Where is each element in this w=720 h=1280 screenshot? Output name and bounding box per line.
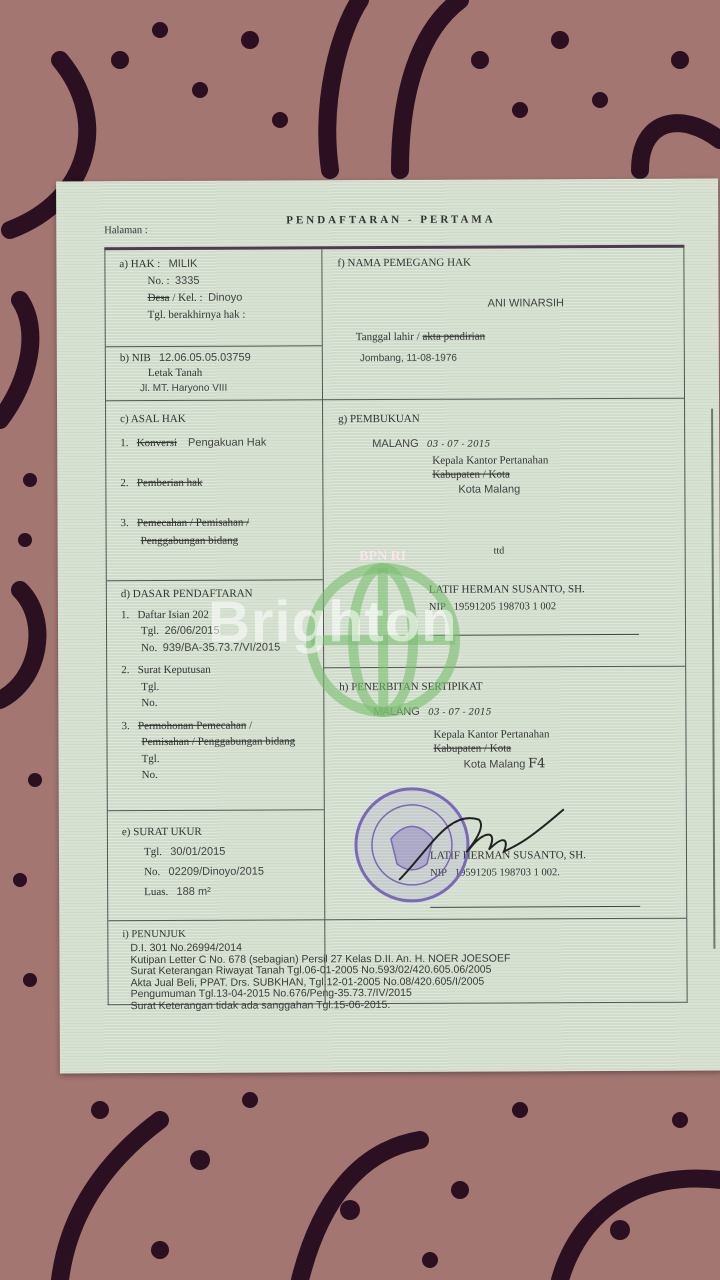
- nip-value: 19591205 198703 1 002: [454, 601, 556, 612]
- section-g-heading: g) PEMBUKUAN: [338, 410, 678, 428]
- penunjuk-list: D.I. 301 No.26994/2014 Kutipan Letter C …: [122, 941, 682, 1012]
- pemecahan-struck: Pemecahan / Pemisahan /: [137, 517, 249, 529]
- tgl-label: Tgl.: [121, 678, 295, 695]
- item-number: 1.: [121, 609, 129, 621]
- location-value: Jl. MT. Haryono VIII: [120, 380, 251, 398]
- pemisahan-struck: Pemisahan / Penggabungan bidang: [121, 733, 295, 750]
- tgl-label: Tgl.: [122, 750, 296, 767]
- penunjuk-line: Surat Keterangan tidak ada sanggahan Tgl…: [131, 998, 683, 1012]
- handwritten-date: 03 - 07 - 2015: [427, 440, 490, 450]
- desa-struck: Desa: [148, 292, 170, 304]
- section-e-heading: e) SURAT UKUR: [122, 822, 264, 843]
- birth-label: Tanggal lahir /: [356, 331, 420, 343]
- office-city: Kota Malang: [464, 758, 526, 770]
- kabupaten-struck: Kabupaten / Kota: [338, 467, 678, 482]
- handwritten-initial: F4: [528, 756, 545, 771]
- permohonan-struck: Permohonan Pemecahan: [138, 719, 246, 731]
- item-number: 2.: [120, 477, 128, 489]
- no-label: No.: [144, 866, 160, 878]
- no-label: No.: [141, 642, 157, 654]
- official-name: LATIF HERMAN SUSANTO, SH.: [339, 581, 679, 599]
- holder-name: ANI WINARSIH: [338, 295, 678, 313]
- kelurahan-value: Dinoyo: [208, 292, 242, 304]
- penggabungan-struck: Penggabungan bidang: [121, 532, 267, 551]
- section-c-heading: c) ASAL HAK: [120, 410, 266, 429]
- section-f-heading: f) NAMA PEMEGANG HAK: [337, 254, 677, 272]
- item-number: 3.: [121, 720, 129, 732]
- nip-value: 19591205 198703 1 002.: [455, 867, 560, 878]
- item-number: 3.: [121, 517, 129, 529]
- divider: [108, 918, 686, 922]
- tgl-label: Tgl.: [141, 625, 159, 637]
- item-number: 2.: [121, 664, 129, 676]
- section-g-pembukuan: g) PEMBUKUAN MALANG 03 - 07 - 2015 Kepal…: [338, 410, 679, 616]
- city: MALANG: [373, 706, 420, 718]
- section-f-holder: f) NAMA PEMEGANG HAK ANI WINARSIH Tangga…: [337, 254, 677, 367]
- section-a-hak: a) HAK : MILIK No. : 3335 Desa / Kel. : …: [119, 256, 245, 325]
- office-title: Kepala Kantor Pertanahan: [339, 727, 679, 742]
- daftar-isian-date: 26/06/2015: [165, 625, 220, 637]
- divider: [108, 809, 324, 811]
- location-label: Letak Tanah: [120, 367, 251, 381]
- registration-form-frame: a) HAK : MILIK No. : 3335 Desa / Kel. : …: [104, 245, 687, 1006]
- tgl-label: Tgl.: [144, 846, 162, 858]
- section-d-heading: d) DASAR PENDAFTARAN: [121, 585, 295, 602]
- surat-ukur-date: 30/01/2015: [170, 846, 225, 858]
- nib-value: 12.06.05.05.03759: [159, 352, 251, 364]
- section-e-surat-ukur: e) SURAT UKUR Tgl. 30/01/2015 No. 02209/…: [122, 822, 264, 903]
- section-d-dasar-pendaftaran: d) DASAR PENDAFTARAN 1. Daftar Isian 202…: [121, 585, 296, 783]
- divider: [106, 399, 322, 401]
- column-divider: [321, 249, 325, 1003]
- land-certificate-page: PENDAFTARAN - PERTAMA Halaman : a) HAK :…: [56, 179, 720, 1074]
- page-number-label: Halaman :: [104, 225, 148, 236]
- section-i-penunjuk: i) PENUNJUK D.I. 301 No.26994/2014 Kutip…: [122, 924, 682, 1012]
- section-h-heading: h) PENERBITAN SERTIPIKAT: [339, 678, 679, 696]
- daftar-isian-label: Daftar Isian 202: [137, 608, 209, 620]
- pemberian-hak-struck: Pemberian hak: [137, 477, 203, 489]
- slash: /: [249, 719, 252, 731]
- section-a-heading: a) HAK :: [119, 258, 160, 270]
- no-label: No.: [122, 766, 296, 783]
- divider: [107, 579, 323, 581]
- page-fold-edge: [711, 409, 715, 949]
- page-title: PENDAFTARAN - PERTAMA: [286, 214, 496, 227]
- kabupaten-struck: Kabupaten / Kota: [340, 741, 680, 756]
- birth-place-date: Jombang, 11-08-1976: [338, 349, 678, 367]
- divider: [322, 398, 684, 401]
- item-number: 1.: [120, 437, 128, 449]
- konversi-struck: Konversi: [137, 437, 177, 449]
- section-h-penerbitan: h) PENERBITAN SERTIPIKAT MALANG 03 - 07 …: [339, 678, 680, 882]
- akta-pendirian-struck: akta pendirian: [422, 331, 485, 343]
- hak-number: 3335: [175, 275, 200, 287]
- nip-label: NIP: [430, 868, 447, 879]
- land-area: 188 m²: [177, 886, 211, 898]
- expiry-label: Tgl. berakhirnya hak :: [120, 307, 246, 325]
- office-title: Kepala Kantor Pertanahan: [338, 453, 678, 468]
- handwritten-date: 03 - 07 - 2015: [428, 708, 491, 718]
- signature-line: [429, 634, 639, 636]
- office-city: Kota Malang: [338, 481, 678, 499]
- signature-line: [430, 906, 640, 908]
- daftar-isian-number: 939/BA-35.73.7/VI/2015: [163, 641, 280, 654]
- divider: [106, 345, 322, 347]
- section-b-nib: b) NIB 12.06.05.05.03759 Letak Tanah Jl.…: [120, 350, 251, 398]
- surat-keputusan-label: Surat Keputusan: [138, 664, 211, 676]
- kel-label: / Kel. :: [172, 292, 202, 304]
- no-label: No.: [121, 694, 295, 711]
- surat-ukur-number: 02209/Dinoyo/2015: [168, 866, 263, 878]
- section-b-heading: b) NIB: [120, 352, 151, 364]
- hak-value: MILIK: [169, 258, 198, 270]
- section-c-asal-hak: c) ASAL HAK 1. Konversi Pengakuan Hak 2.…: [120, 410, 267, 551]
- ttd-label: ttd: [339, 542, 679, 560]
- luas-label: Luas.: [144, 886, 168, 898]
- official-name: LATIF HERMAN SUSANTO, SH.: [340, 847, 680, 865]
- divider: [323, 666, 685, 669]
- nip-label: NIP: [429, 602, 446, 613]
- no-label: No. :: [147, 275, 169, 287]
- city: MALANG: [372, 438, 419, 450]
- asal-hak-value: Pengakuan Hak: [188, 437, 266, 449]
